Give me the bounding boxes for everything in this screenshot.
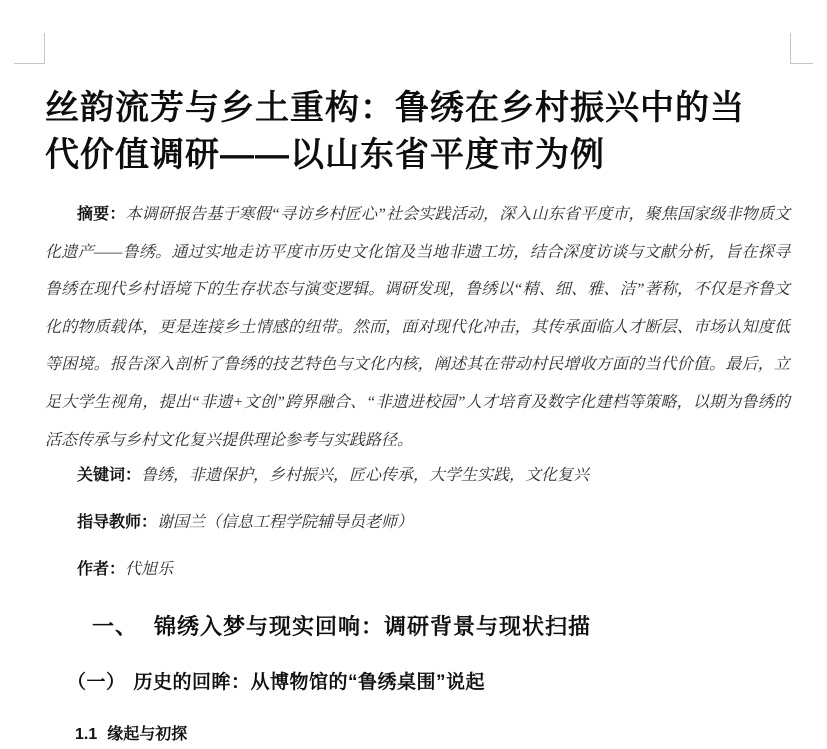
subsection-heading-1-text: 历史的回眸：从博物馆的“鲁绣桌围”说起 [134, 672, 486, 693]
document-title-line2: 代价值调研——以山东省平度市为例 [45, 136, 605, 174]
subsection-heading-1: （一）历史的回眸：从博物馆的“鲁绣桌围”说起 [67, 670, 767, 696]
document-title-line1: 丝韵流芳与乡土重构：鲁绣在乡村振兴中的当 [45, 89, 745, 127]
advisor-label: 指导教师： [77, 514, 157, 531]
subsubsection-heading-1-1-text: 缘起与初探 [107, 726, 187, 743]
author-line: 作者：代旭乐 [45, 558, 790, 582]
advisor-line: 指导教师：谢国兰（信息工程学院辅导员老师） [45, 511, 790, 535]
section-heading-1: 一、锦绣入梦与现实回响：调研背景与现状扫描 [92, 612, 792, 642]
abstract-paragraph: 摘要：本调研报告基于寒假“寻访乡村匠心”社会实践活动，深入山东省平度市，聚焦国家… [45, 196, 790, 459]
section-heading-1-text: 锦绣入梦与现实回响：调研背景与现状扫描 [154, 614, 591, 639]
advisor-text: 谢国兰（信息工程学院辅导员老师） [157, 514, 413, 531]
keywords-label: 关键词： [77, 467, 141, 484]
keywords-line: 关键词：鲁绣，非遗保护，乡村振兴，匠心传承，大学生实践，文化复兴 [45, 464, 790, 488]
author-text: 代旭乐 [125, 561, 173, 578]
document-title: 丝韵流芳与乡土重构：鲁绣在乡村振兴中的当 代价值调研——以山东省平度市为例 [45, 85, 790, 179]
section-heading-1-number: 一、 [92, 614, 138, 639]
subsubsection-heading-1-1-number: 1.1 [75, 726, 97, 743]
subsection-heading-1-number: （一） [67, 672, 126, 693]
page-corner-mark-top-left [14, 33, 45, 64]
author-label: 作者： [77, 561, 125, 578]
page-corner-mark-top-right [790, 33, 813, 64]
abstract-label: 摘要： [77, 206, 126, 223]
document-page: 丝韵流芳与乡土重构：鲁绣在乡村振兴中的当 代价值调研——以山东省平度市为例 摘要… [0, 0, 827, 749]
subsubsection-heading-1-1: 1.1缘起与初探 [75, 724, 775, 746]
keywords-text: 鲁绣，非遗保护，乡村振兴，匠心传承，大学生实践，文化复兴 [141, 467, 589, 484]
abstract-text: 本调研报告基于寒假“寻访乡村匠心”社会实践活动，深入山东省平度市，聚焦国家级非物… [45, 206, 790, 449]
